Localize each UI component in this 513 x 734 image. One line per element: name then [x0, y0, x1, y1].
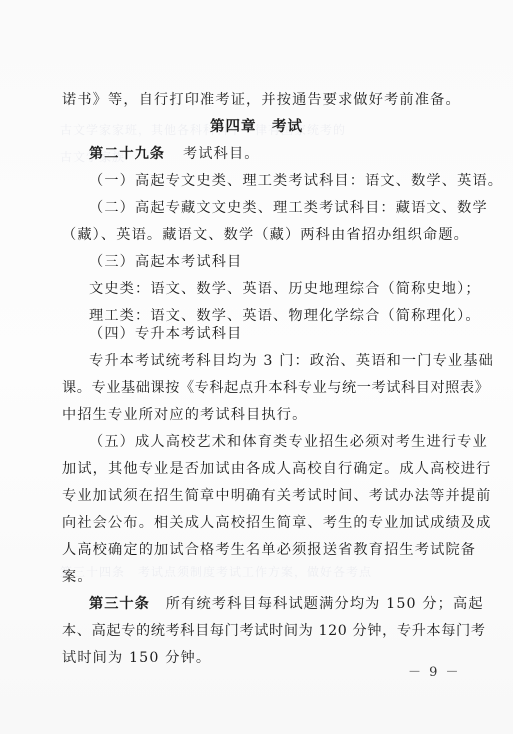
article-30-label: 第三十条 — [89, 596, 150, 612]
article-30-text: 所有统考科目每科试题满分均为 150 分；高起 — [166, 596, 484, 612]
article-29-heading: 第二十九条考试科目。 — [89, 145, 452, 163]
article-30-cont2: 试时间为 150 分钟。 — [62, 649, 452, 667]
article-29-item-5-cont4: 人高校确定的加试合格考生名单必须报送省教育招生考试院备 — [62, 541, 452, 559]
chapter-heading: 第四章 考试 — [0, 118, 513, 136]
document-page: 古文学家家班，其他各科科科个一律有国家统考的 古文学家族 第三十四条 考试点须制… — [0, 0, 513, 734]
article-29-item-4-text: 专升本考试统考科目均为 3 门：政治、英语和一门专业基础 — [89, 352, 452, 370]
article-29-item-1: （一）高起专文史类、理工类考试科目：语文、数学、英语。 — [89, 172, 452, 190]
article-29-item-2: （二）高起专藏文文史类、理工类考试科目：藏语文、数学 — [89, 199, 452, 217]
article-29-item-3: （三）高起本考试科目 — [89, 253, 452, 271]
page-number: － 9 － — [408, 665, 461, 681]
article-29-item-2-cont: （藏）、英语。藏语文、数学（藏）两科由省招办组织命题。 — [62, 226, 452, 244]
article-29-item-4-cont2: 中招生专业所对应的考试科目执行。 — [62, 406, 452, 424]
article-29-item-5-cont5: 案。 — [62, 568, 452, 586]
article-29-item-5-cont: 加试，其他专业是否加试由各成人高校自行确定。成人高校进行 — [62, 460, 452, 478]
article-29-item-3-science: 理工类：语文、数学、英语、物理化学综合（简称理化）。 — [89, 307, 452, 325]
article-29-item-5-cont2: 专业加试须在招生简章中明确有关考试时间、考试办法等并提前 — [62, 487, 452, 505]
article-29-item-5-cont3: 向社会公布。相关成人高校招生简章、考生的专业加试成绩及成 — [62, 514, 452, 532]
article-29-item-4: （四）专升本考试科目 — [89, 325, 452, 343]
paragraph-continuation: 诺书》等，自行打印准考证，并按通告要求做好考前准备。 — [62, 91, 452, 109]
article-29-item-4-cont: 课。专业基础课按《专科起点升本科专业与统一考试科目对照表》 — [62, 379, 452, 397]
article-29-label: 第二十九条 — [89, 146, 165, 162]
article-29-item-5: （五）成人高校艺术和体育类专业招生必须对考生进行专业 — [89, 433, 452, 451]
article-29-title: 考试科目。 — [183, 146, 260, 162]
article-30-cont: 本、高起专的统考科目每门考试时间为 120 分钟，专升本每门考 — [62, 622, 452, 640]
article-29-item-3-liberal-arts: 文史类：语文、数学、英语、历史地理综合（简称史地）； — [89, 280, 452, 298]
article-30-paragraph: 第三十条所有统考科目每科试题满分均为 150 分；高起 — [89, 595, 452, 613]
